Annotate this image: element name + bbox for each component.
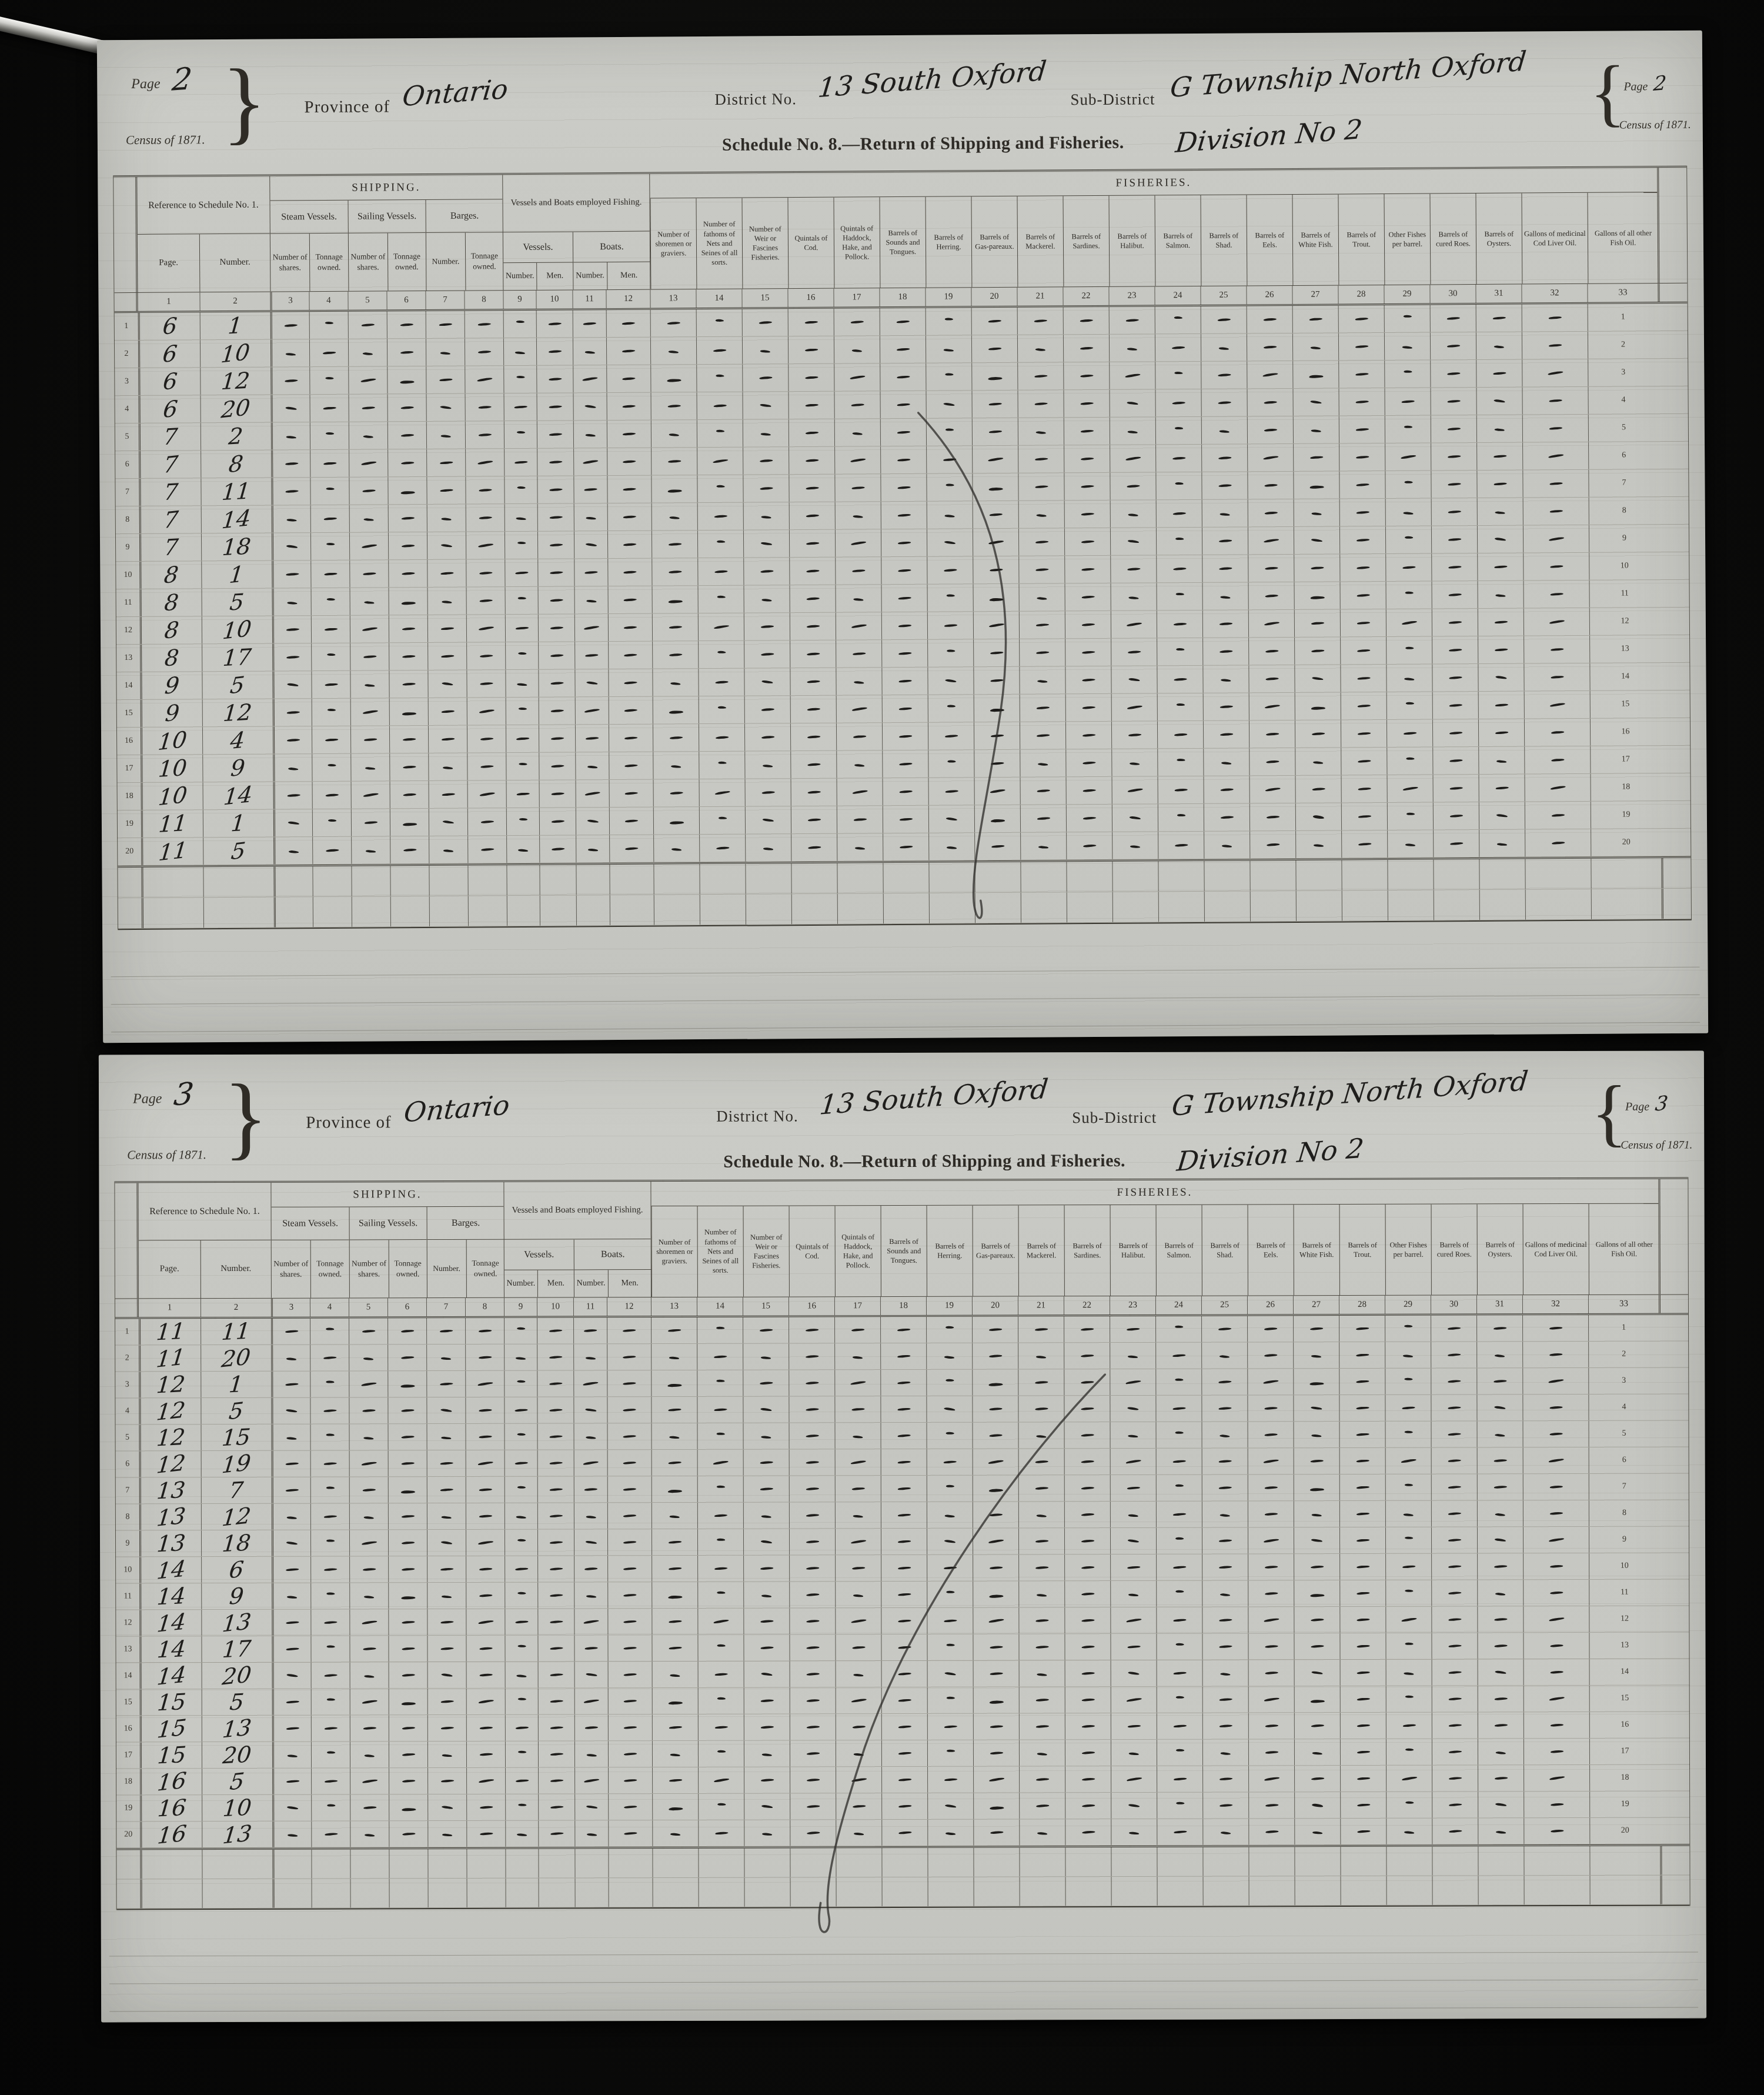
ditto-dash-mark: [1448, 1380, 1461, 1383]
ditto-dash-mark: [1126, 1777, 1141, 1782]
ref-number-value: 20: [201, 1345, 271, 1371]
ditto-dash-mark: [1171, 346, 1184, 349]
ditto-dash-mark: [583, 322, 596, 325]
ditto-dash-mark: [401, 601, 415, 604]
ditto-dash-mark: [624, 1806, 637, 1809]
ditto-dash-mark: [402, 1833, 415, 1836]
ditto-dash-mark: [363, 572, 376, 575]
ref-page-value: 14: [139, 1610, 201, 1636]
ref-page-value: 14: [140, 1663, 202, 1689]
ditto-dash-mark: [1495, 538, 1506, 541]
ditto-dash-mark: [715, 680, 728, 683]
ref-page-value: 15: [140, 1689, 202, 1715]
ditto-dash-mark: [1080, 1328, 1093, 1331]
ditto-dash-mark: [1037, 1832, 1047, 1835]
ditto-dash-mark: [1357, 1697, 1369, 1700]
ditto-dash-mark: [946, 1697, 954, 1699]
line-number-left: 19: [116, 1795, 140, 1821]
subdistrict-value-handwritten: G Township North Oxford: [1170, 1065, 1529, 1122]
ditto-dash-mark: [477, 323, 490, 326]
ditto-dash-mark: [363, 1357, 373, 1360]
ditto-dash-mark: [1128, 733, 1141, 736]
column-number: 27: [1293, 1296, 1339, 1314]
ditto-dash-mark: [324, 1621, 337, 1624]
ditto-dash-mark: [1549, 1776, 1564, 1780]
ditto-dash-mark: [286, 1568, 299, 1571]
ditto-dash-mark: [1172, 1513, 1185, 1516]
ditto-dash-mark: [401, 1542, 414, 1544]
ditto-dash-mark: [517, 597, 526, 599]
ditto-dash-mark: [550, 1832, 563, 1835]
ditto-dash-mark: [946, 1485, 954, 1487]
ditto-dash-mark: [806, 1514, 818, 1517]
ref-number-value: 5: [201, 1398, 271, 1424]
line-number-left: 18: [118, 783, 141, 810]
ditto-dash-mark: [761, 516, 771, 519]
ditto-dash-mark: [587, 849, 597, 852]
ditto-dash-mark: [1551, 648, 1563, 651]
ditto-dash-mark: [1356, 1406, 1369, 1409]
ditto-dash-mark: [326, 1699, 335, 1701]
ditto-dash-mark: [1218, 401, 1231, 404]
ditto-dash-mark: [326, 543, 335, 545]
column-number: 30: [1431, 1295, 1476, 1313]
ditto-dash-mark: [440, 627, 453, 630]
ditto-dash-mark: [549, 1356, 562, 1359]
schedule-title: Schedule No. 8.—Return of Shipping and F…: [722, 133, 1124, 155]
ref-page-value: 8: [140, 644, 202, 672]
ditto-dash-mark: [1311, 346, 1321, 349]
column-number: 24: [1155, 1296, 1201, 1315]
ref-page-value: 12: [139, 1425, 201, 1450]
fisheries-column-label: Gallons of all other Fish Oil.: [1589, 1204, 1659, 1295]
ditto-dash-mark: [1037, 597, 1047, 600]
ditto-dash-mark: [1265, 1592, 1278, 1595]
ditto-dash-mark: [285, 406, 296, 410]
ditto-dash-mark: [1219, 1566, 1232, 1569]
ditto-dash-mark: [1309, 1327, 1322, 1330]
ditto-dash-mark: [548, 350, 561, 353]
ditto-dash-mark: [286, 1409, 297, 1413]
column-number: 19: [926, 1297, 972, 1315]
ditto-dash-mark: [1035, 1460, 1048, 1463]
ditto-dash-mark: [550, 1567, 563, 1570]
ditto-dash-mark: [549, 1462, 562, 1465]
ditto-dash-mark: [1264, 1777, 1279, 1782]
ditto-dash-mark: [624, 764, 637, 767]
ditto-dash-mark: [1355, 1327, 1368, 1330]
ditto-dash-mark: [584, 1567, 597, 1570]
ditto-dash-mark: [286, 656, 299, 659]
ditto-dash-mark: [550, 1700, 563, 1703]
ditto-dash-mark: [1550, 785, 1565, 790]
ditto-dash-mark: [400, 380, 414, 383]
line-number-right: 2: [1588, 331, 1658, 359]
ditto-dash-mark: [518, 708, 526, 710]
ditto-dash-mark: [624, 681, 637, 684]
ditto-dash-mark: [1265, 787, 1280, 792]
ditto-dash-mark: [713, 1619, 729, 1624]
ditto-dash-mark: [1081, 1407, 1094, 1410]
ref-number-value: 4: [202, 727, 273, 755]
ditto-dash-mark: [285, 1383, 298, 1386]
ditto-dash-mark: [1265, 1804, 1278, 1807]
ref-number-value: 9: [202, 755, 273, 782]
ditto-dash-mark: [327, 653, 335, 656]
ditto-dash-mark: [1402, 1406, 1415, 1409]
ditto-dash-mark: [362, 1489, 375, 1492]
ditto-dash-mark: [668, 543, 681, 546]
table-row: 14 14 20: [116, 1659, 1689, 1689]
ditto-dash-mark: [479, 1356, 492, 1359]
ditto-dash-mark: [1082, 650, 1095, 653]
ditto-dash-mark: [401, 1596, 415, 1599]
ditto-dash-mark: [1405, 1802, 1414, 1804]
ditto-dash-mark: [515, 571, 528, 574]
ditto-dash-mark: [1550, 593, 1563, 596]
ditto-dash-mark: [362, 710, 377, 715]
ditto-dash-mark: [898, 1725, 911, 1728]
ditto-dash-mark: [440, 352, 450, 355]
ditto-dash-mark: [714, 1673, 727, 1676]
ditto-dash-mark: [1221, 1752, 1231, 1755]
shipping-fisheries-table: Reference to Schedule No. 1. Page. Numbe…: [114, 1177, 1690, 1910]
ditto-dash-mark: [1081, 1646, 1094, 1649]
ditto-dash-mark: [1447, 372, 1460, 375]
ditto-dash-mark: [1263, 346, 1276, 349]
ditto-dash-mark: [1355, 428, 1368, 431]
ditto-dash-mark: [806, 1726, 819, 1729]
column-number: 12: [607, 1297, 651, 1316]
ditto-dash-mark: [990, 1806, 1004, 1809]
ditto-dash-mark: [623, 1329, 636, 1332]
census-film-scan: { "census": { "page_label": "Page", "cen…: [0, 0, 1764, 2095]
ditto-dash-mark: [669, 1620, 681, 1623]
ditto-dash-mark: [1081, 1566, 1094, 1569]
ditto-dash-mark: [990, 651, 1003, 654]
ditto-dash-mark: [624, 1700, 637, 1703]
fisheries-column-label: Other Fishes per barrel.: [1384, 194, 1430, 285]
table-row: 10 14 6: [116, 1553, 1689, 1583]
ditto-dash-mark: [362, 1779, 377, 1784]
ditto-dash-mark: [853, 735, 866, 738]
ditto-dash-mark: [364, 821, 377, 824]
left-brace-glyph: }: [223, 1071, 268, 1164]
table-header: Reference to Schedule No. 1. Page. Numbe…: [115, 1177, 1688, 1299]
ditto-dash-mark: [1038, 763, 1048, 766]
ditto-dash-mark: [898, 679, 911, 682]
ditto-dash-mark: [669, 821, 683, 824]
ditto-dash-mark: [1550, 565, 1563, 568]
ditto-dash-mark: [479, 1409, 492, 1412]
province-label: Province of: [306, 1113, 392, 1132]
ditto-dash-mark: [805, 403, 818, 406]
ditto-dash-mark: [1311, 1671, 1322, 1674]
line-number-left: 1: [115, 313, 138, 340]
line-number-left: 14: [116, 1663, 140, 1689]
ditto-dash-mark: [585, 1540, 596, 1544]
ditto-dash-mark: [516, 737, 529, 740]
ditto-dash-mark: [1035, 1487, 1048, 1490]
ditto-dash-mark: [804, 321, 817, 323]
ditto-dash-mark: [326, 1381, 334, 1383]
line-number-right: 1: [1588, 1315, 1659, 1341]
ref-number-value: 7: [201, 1477, 272, 1503]
ditto-dash-mark: [1176, 1802, 1184, 1804]
ditto-dash-mark: [584, 1647, 597, 1650]
fisheries-column-label: Barrels of Mackerel.: [1017, 196, 1063, 286]
ditto-dash-mark: [1263, 1380, 1278, 1385]
ditto-dash-mark: [1449, 1830, 1462, 1833]
ditto-dash-mark: [1448, 566, 1461, 569]
ditto-dash-mark: [586, 1673, 597, 1676]
ditto-dash-mark: [1494, 1777, 1507, 1780]
line-number-left: 10: [116, 562, 139, 589]
ditto-dash-mark: [667, 1329, 680, 1332]
column-number: 22: [1063, 287, 1108, 305]
ditto-dash-mark: [1497, 843, 1507, 846]
line-number-left: 16: [116, 1716, 140, 1742]
ditto-dash-mark: [807, 1832, 820, 1834]
ditto-dash-mark: [988, 623, 1004, 628]
ditto-dash-mark: [945, 790, 958, 793]
ditto-dash-mark: [549, 1488, 562, 1491]
ditto-dash-mark: [1127, 788, 1142, 793]
ditto-dash-mark: [1495, 1355, 1505, 1357]
ref-number-value: 6: [201, 1557, 272, 1583]
ditto-dash-mark: [806, 486, 818, 489]
line-number-right: 13: [1589, 1633, 1659, 1659]
ditto-dash-mark: [362, 1620, 377, 1625]
ditto-dash-mark: [945, 373, 953, 376]
ditto-dash-mark: [1494, 1565, 1507, 1568]
line-number-left: 17: [116, 1742, 140, 1768]
ref-page-value: 13: [139, 1530, 201, 1556]
column-number: 18: [880, 1297, 926, 1315]
ditto-dash-mark: [443, 766, 453, 769]
table-row: 16 15 13: [116, 1712, 1689, 1742]
ditto-dash-mark: [1127, 1486, 1140, 1489]
ditto-dash-mark: [1128, 1435, 1138, 1438]
fisheries-column-label: Number of fathoms of Nets and Seines of …: [696, 198, 742, 289]
column-number: 18: [879, 288, 925, 306]
ditto-dash-mark: [714, 1726, 727, 1729]
ditto-dash-mark: [1175, 1326, 1183, 1328]
ditto-dash-mark: [586, 1516, 596, 1519]
ditto-dash-mark: [1174, 678, 1187, 681]
ditto-dash-mark: [287, 794, 300, 797]
ditto-dash-mark: [1218, 1407, 1231, 1410]
ditto-dash-mark: [806, 1646, 819, 1649]
column-number: 1: [138, 292, 199, 311]
ditto-dash-mark: [1495, 703, 1508, 706]
ditto-dash-mark: [550, 1620, 563, 1623]
ditto-dash-mark: [1357, 1777, 1369, 1780]
ditto-dash-mark: [1175, 1590, 1184, 1593]
ditto-dash-mark: [480, 765, 493, 768]
ditto-dash-mark: [324, 1780, 337, 1783]
ditto-dash-mark: [624, 1673, 637, 1676]
ditto-dash-mark: [851, 1408, 864, 1411]
column-number: 14: [697, 1297, 743, 1316]
ditto-dash-mark: [1265, 733, 1278, 736]
ditto-dash-mark: [518, 849, 528, 852]
ditto-dash-mark: [624, 598, 637, 601]
ditto-dash-mark: [806, 542, 818, 545]
line-number-left: 11: [116, 589, 140, 616]
ditto-dash-mark: [287, 1596, 297, 1599]
ditto-dash-mark: [1083, 789, 1095, 792]
ditto-dash-mark: [669, 351, 679, 353]
ditto-dash-mark: [1220, 733, 1232, 736]
ditto-dash-mark: [715, 736, 728, 739]
ditto-dash-mark: [1311, 1645, 1324, 1648]
ditto-dash-mark: [761, 736, 774, 739]
ditto-dash-mark: [807, 818, 820, 821]
ditto-dash-mark: [1128, 540, 1139, 543]
ditto-dash-mark: [1218, 1460, 1231, 1463]
ditto-dash-mark: [989, 1513, 1002, 1516]
ditto-dash-mark: [1175, 1432, 1183, 1434]
ditto-dash-mark: [1035, 458, 1048, 461]
ditto-dash-mark: [1494, 345, 1504, 348]
column-number: 30: [1429, 285, 1475, 303]
ditto-dash-mark: [287, 1806, 298, 1810]
ditto-dash-mark: [668, 460, 681, 463]
ditto-dash-mark: [478, 626, 493, 630]
ditto-dash-mark: [402, 1621, 415, 1624]
ditto-dash-mark: [944, 735, 957, 738]
ditto-dash-mark: [760, 1646, 773, 1649]
ditto-dash-mark: [623, 488, 636, 491]
ditto-dash-mark: [516, 1674, 526, 1677]
ditto-dash-mark: [550, 682, 563, 685]
ditto-dash-mark: [1448, 1433, 1461, 1436]
fisheries-column-label: Barrels of cured Roes.: [1429, 194, 1476, 284]
ditto-dash-mark: [1265, 650, 1278, 653]
ditto-dash-mark: [1034, 1328, 1047, 1331]
ditto-dash-mark: [807, 652, 820, 655]
ref-number-value: 10: [202, 616, 272, 644]
column-number: 16: [787, 289, 833, 307]
ditto-dash-mark: [1263, 1539, 1278, 1543]
ditto-dash-mark: [713, 404, 726, 407]
census-of-label: Census of 1871.: [126, 132, 205, 148]
ref-page-value: 11: [141, 838, 203, 865]
ditto-dash-mark: [1311, 1619, 1324, 1622]
ditto-dash-mark: [1550, 1671, 1563, 1674]
ditto-dash-mark: [363, 435, 373, 438]
ditto-dash-mark: [365, 767, 375, 770]
ditto-dash-mark: [325, 793, 338, 796]
ditto-dash-mark: [1081, 1593, 1094, 1596]
ditto-dash-mark: [363, 352, 373, 355]
ditto-dash-mark: [286, 1780, 299, 1783]
ditto-dash-mark: [400, 1330, 413, 1333]
ditto-dash-mark: [1264, 512, 1277, 515]
ditto-dash-mark: [1357, 1565, 1369, 1568]
ditto-dash-mark: [1126, 1327, 1139, 1330]
ref-number-value: 13: [201, 1610, 272, 1636]
line-number-left: 13: [116, 1636, 139, 1662]
ditto-dash-mark: [850, 375, 865, 380]
ditto-dash-mark: [897, 1355, 910, 1357]
ditto-dash-mark: [286, 1621, 299, 1624]
ditto-dash-mark: [804, 348, 817, 351]
ditto-dash-mark: [1448, 621, 1461, 624]
ditto-dash-mark: [287, 519, 297, 522]
ditto-dash-mark: [1356, 539, 1369, 542]
ditto-dash-mark: [1220, 816, 1233, 819]
fisheries-column-label: Barrels of Gas-pareaux.: [971, 196, 1017, 287]
ditto-dash-mark: [402, 712, 416, 715]
ditto-dash-mark: [806, 1779, 819, 1782]
ditto-dash-mark: [1220, 1514, 1230, 1517]
ditto-dash-mark: [760, 570, 773, 573]
ditto-dash-mark: [806, 1540, 818, 1543]
ditto-dash-mark: [1357, 1671, 1369, 1674]
ref-page-value: 6: [139, 395, 201, 423]
ditto-dash-mark: [1404, 1513, 1414, 1516]
ditto-dash-mark: [440, 1700, 453, 1703]
ditto-dash-mark: [1357, 1592, 1369, 1594]
ditto-dash-mark: [716, 1327, 724, 1329]
ditto-dash-mark: [1220, 596, 1230, 599]
ditto-dash-mark: [1129, 1832, 1139, 1835]
ditto-dash-mark: [988, 487, 1003, 490]
ditto-dash-mark: [760, 403, 771, 407]
line-number-right: 12: [1589, 608, 1660, 635]
ditto-dash-mark: [715, 319, 723, 322]
ditto-dash-mark: [550, 1726, 563, 1729]
ditto-dash-mark: [717, 706, 726, 709]
ditto-dash-mark: [946, 1432, 954, 1435]
line-number-right: 16: [1589, 1712, 1660, 1738]
ditto-dash-mark: [587, 1833, 597, 1836]
ditto-dash-mark: [1449, 1803, 1462, 1806]
ditto-dash-mark: [715, 1832, 728, 1834]
ditto-dash-mark: [1549, 1406, 1562, 1409]
ditto-dash-mark: [440, 489, 453, 492]
fisheries-column-label: Barrels of Halibut.: [1108, 195, 1155, 286]
ditto-dash-mark: [1356, 511, 1369, 514]
ditto-dash-mark: [1036, 1435, 1046, 1438]
ditto-dash-mark: [669, 626, 681, 629]
ditto-dash-mark: [285, 462, 298, 465]
ditto-dash-mark: [517, 1433, 525, 1436]
ditto-dash-mark: [286, 1674, 298, 1677]
ditto-dash-mark: [944, 1356, 954, 1359]
ditto-dash-mark: [402, 1753, 415, 1756]
ditto-dash-mark: [363, 655, 376, 658]
ditto-dash-mark: [945, 1514, 955, 1517]
ditto-dash-mark: [714, 1408, 727, 1411]
ditto-dash-mark: [549, 1541, 562, 1544]
line-number-left: 6: [115, 451, 139, 478]
ditto-dash-mark: [1403, 512, 1413, 515]
ditto-dash-mark: [550, 1673, 563, 1676]
ditto-dash-mark: [1355, 318, 1368, 321]
ditto-dash-mark: [288, 768, 298, 770]
line-number-right: 1: [1588, 303, 1658, 331]
ditto-dash-mark: [363, 1568, 376, 1571]
column-number: 2: [199, 292, 270, 311]
ditto-dash-mark: [477, 351, 490, 353]
ditto-dash-mark: [1549, 1353, 1562, 1356]
ditto-dash-mark: [361, 1382, 376, 1387]
ditto-dash-mark: [988, 1619, 1004, 1623]
ditto-dash-mark: [760, 1408, 771, 1412]
